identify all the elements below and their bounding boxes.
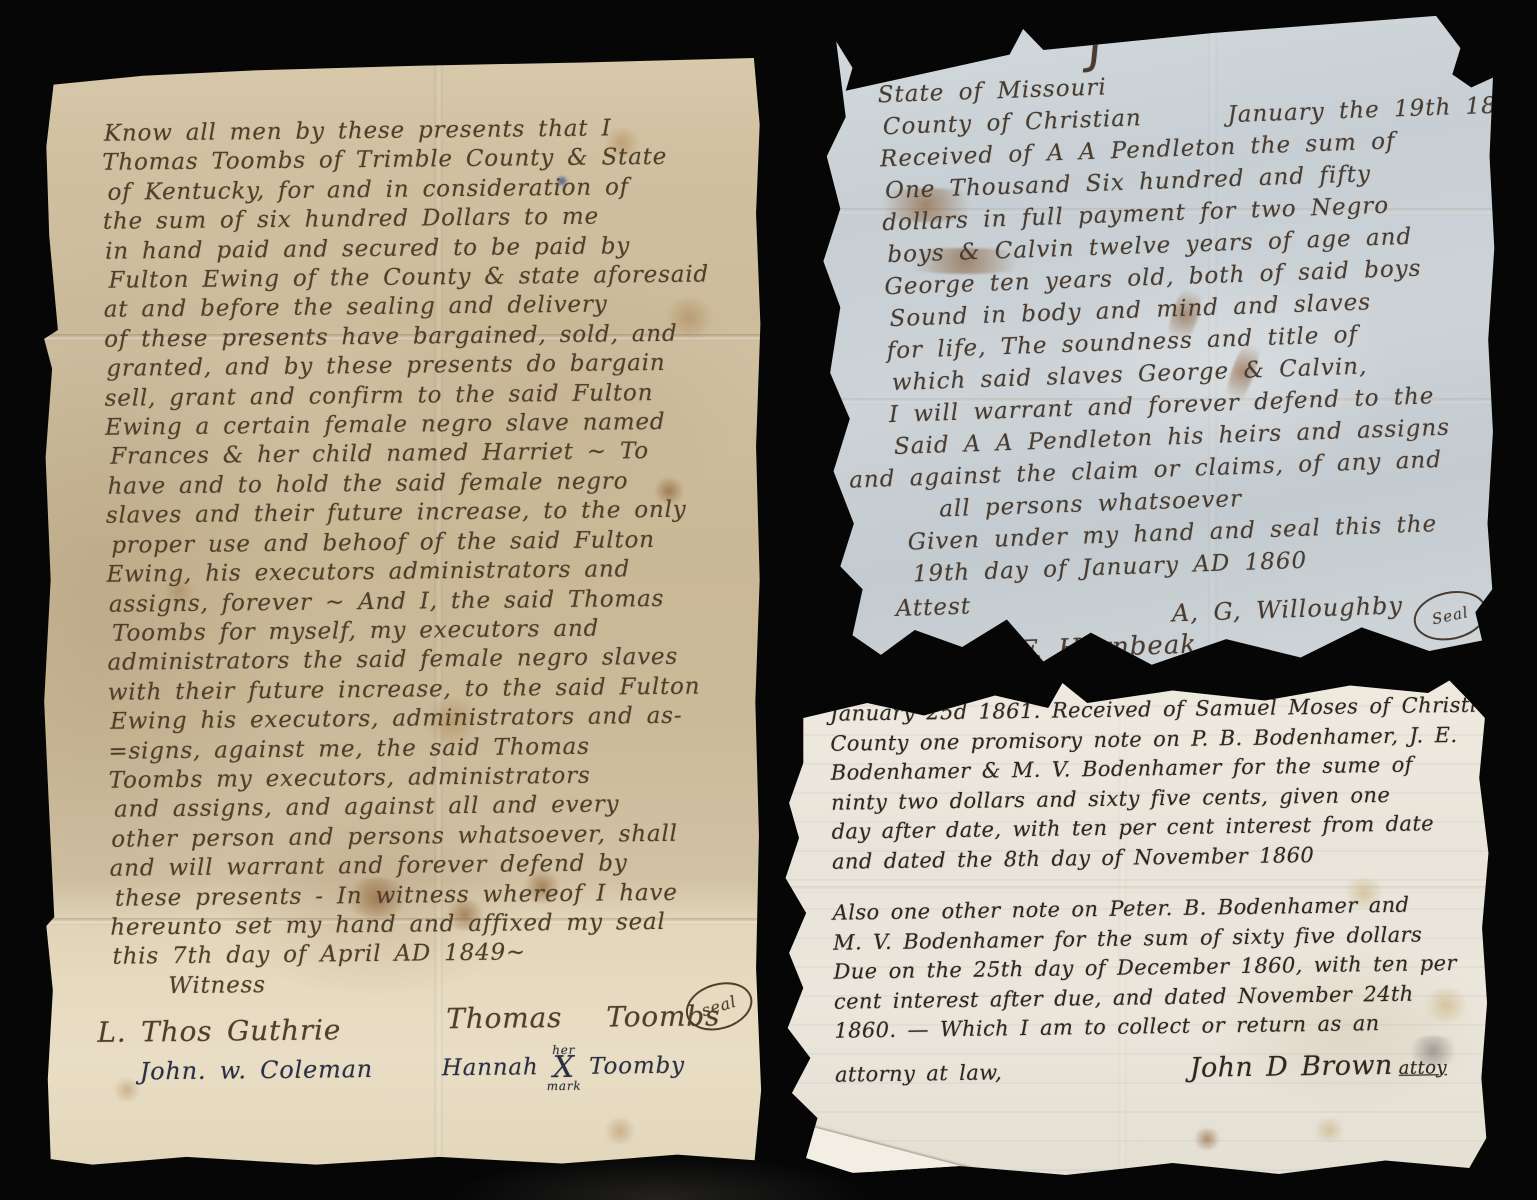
paragraph-1: January 25d 1861. Received of Samuel Mos…	[830, 691, 1480, 877]
document-text: } State of MissouriCounty of Christian J…	[817, 0, 1518, 713]
mark-first-name: Hannah	[442, 1054, 539, 1084]
signature-suffix: attoy	[1399, 1057, 1448, 1079]
her-mark-x: her X mark	[546, 1045, 581, 1091]
document-text: Know all men by these presents that ITho…	[41, 51, 774, 1153]
attorney-signature: John D Brownattoy	[1190, 1050, 1448, 1086]
document-receipt-1860: } State of MissouriCounty of Christian J…	[820, 12, 1497, 668]
signature-area: Attest A, G, Willoughby Seal James F. Ho…	[895, 570, 1498, 711]
brace-mark: }	[1079, 9, 1115, 58]
x-mark: X	[553, 1055, 575, 1081]
attest-signature: James F. Hornbeak	[919, 629, 1198, 671]
witness-signature-2: John. w. Coleman	[140, 1055, 374, 1087]
body-lines: Know all men by these presents that ITho…	[102, 113, 747, 1002]
seller-signature: Thomas Toombs	[446, 1002, 720, 1034]
signature-name: John D Brown	[1190, 1049, 1393, 1083]
signature-row: attorny at law, John D Brownattoy	[835, 1049, 1483, 1091]
body-lines: State of MissouriCounty of Christian Jan…	[877, 58, 1494, 591]
seal-label: seal	[698, 987, 740, 1025]
mark-label: mark	[547, 1081, 582, 1091]
document-text: January 25d 1861. Received of Samuel Mos…	[781, 669, 1497, 1092]
stain	[1192, 1128, 1222, 1150]
seal-label: Seal	[1429, 596, 1472, 635]
paragraph-2: Also one other note on Peter. B. Bodenha…	[833, 890, 1483, 1047]
seal-flourish: Seal	[1409, 585, 1491, 647]
seller-signature: A, G, Willoughby	[1171, 589, 1403, 629]
mark-last-name: Toomby	[589, 1052, 685, 1082]
attest-label: Attest	[895, 590, 971, 625]
folded-corner	[786, 1120, 984, 1172]
signature-area: L. Thos Guthrie John. w. Coleman Thomas …	[111, 995, 749, 1152]
mark-signature: Hannah her X mark Toomby	[442, 1044, 686, 1093]
witness-signature-1: L. Thos Guthrie	[97, 1016, 341, 1048]
stain	[1312, 1118, 1346, 1142]
document-bill-of-sale-1849: Know all men by these presents that ITho…	[42, 58, 764, 1168]
closing-text: attorny at law,	[835, 1058, 1003, 1090]
document-receipt-1861: January 25d 1861. Received of Samuel Mos…	[782, 678, 1492, 1178]
photo-stage: Know all men by these presents that ITho…	[0, 0, 1537, 1200]
